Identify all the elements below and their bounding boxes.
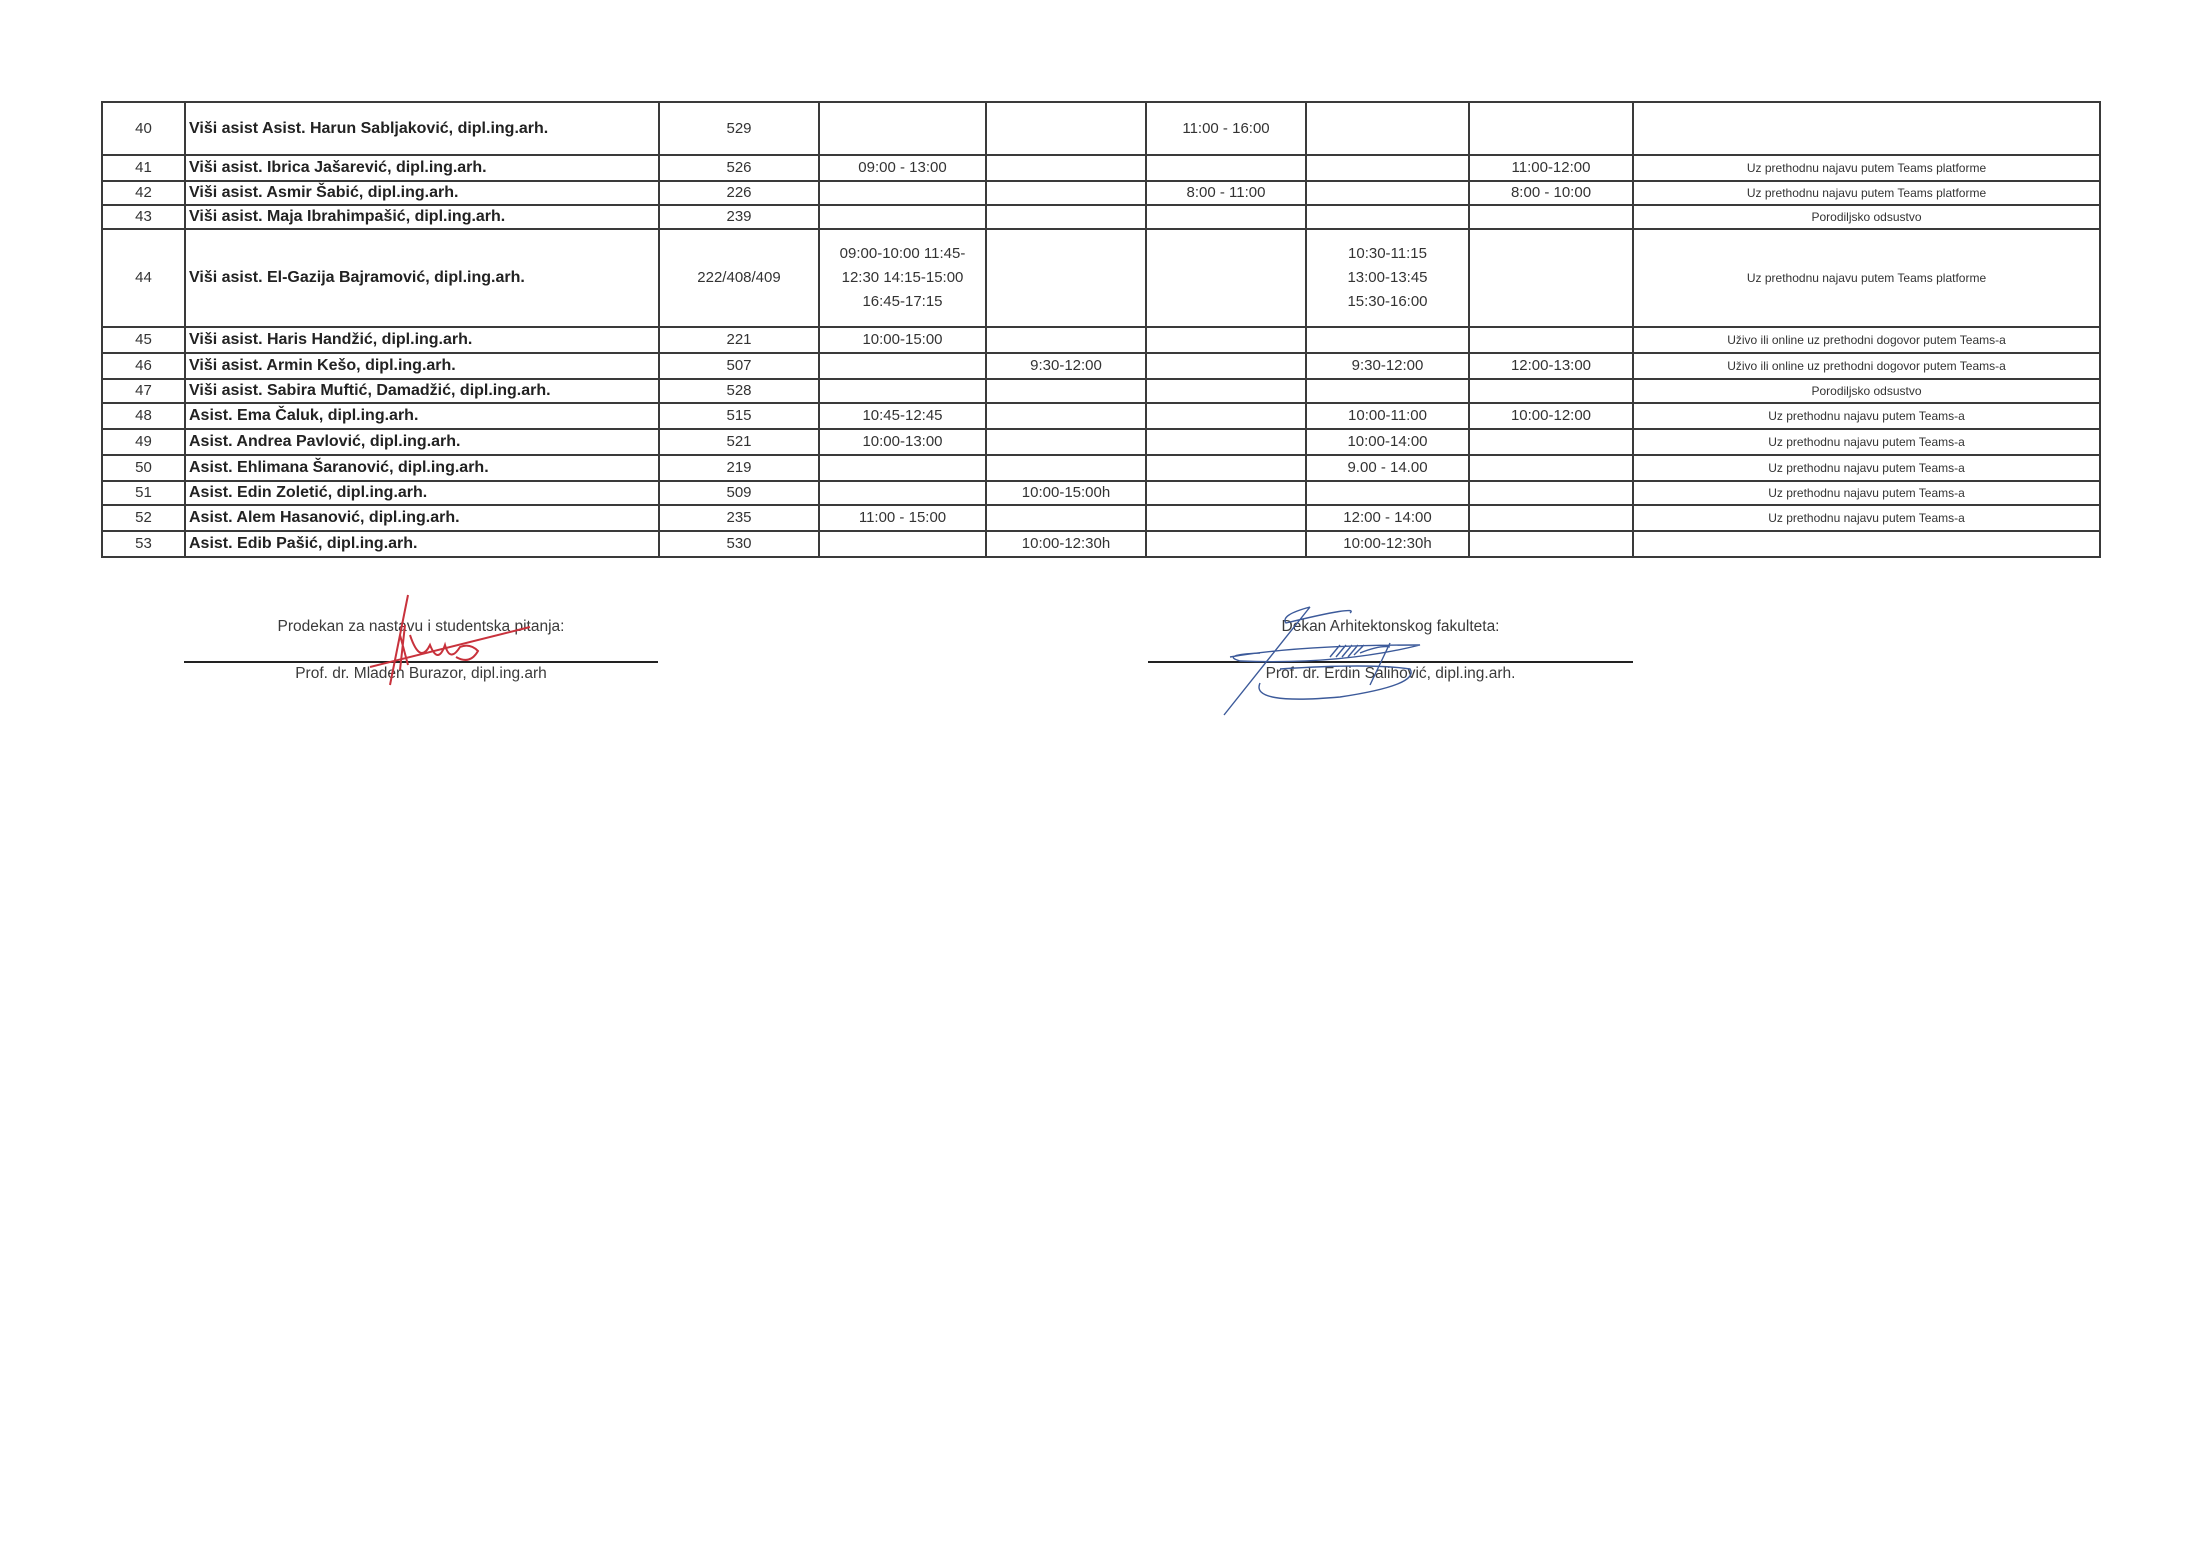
cell-note: Uz prethodnu najavu putem Teams-a <box>1633 481 2100 505</box>
cell-wed <box>1146 429 1306 455</box>
cell-fri <box>1469 379 1633 403</box>
cell-fri: 10:00-12:00 <box>1469 403 1633 429</box>
table-row: 46Viši asist. Armin Kešo, dipl.ing.arh.5… <box>102 353 2100 379</box>
cell-room: 509 <box>659 481 819 505</box>
cell-thu <box>1306 102 1469 155</box>
cell-thu <box>1306 205 1469 229</box>
table-row: 51Asist. Edin Zoletić, dipl.ing.arh.5091… <box>102 481 2100 505</box>
cell-wed <box>1146 229 1306 327</box>
cell-room: 221 <box>659 327 819 353</box>
cell-room: 528 <box>659 379 819 403</box>
cell-room: 530 <box>659 531 819 557</box>
cell-mon <box>819 531 986 557</box>
right-signature-title: Dekan Arhitektonskog fakulteta: <box>1148 618 1633 636</box>
table-row: 40Viši asist Asist. Harun Sabljaković, d… <box>102 102 2100 155</box>
left-signature-line <box>184 661 658 663</box>
cell-wed <box>1146 455 1306 481</box>
cell-mon: 09:00 - 13:00 <box>819 155 986 181</box>
cell-no: 50 <box>102 455 185 481</box>
cell-note <box>1633 102 2100 155</box>
cell-name: Asist. Edib Pašić, dipl.ing.arh. <box>185 531 659 557</box>
cell-thu: 9:30-12:00 <box>1306 353 1469 379</box>
cell-note: Porodiljsko odsustvo <box>1633 205 2100 229</box>
cell-tue <box>986 181 1146 205</box>
table-row: 41Viši asist. Ibrica Jašarević, dipl.ing… <box>102 155 2100 181</box>
right-signature-line <box>1148 661 1633 663</box>
cell-fri <box>1469 327 1633 353</box>
cell-note: Uz prethodnu najavu putem Teams platform… <box>1633 229 2100 327</box>
cell-tue <box>986 327 1146 353</box>
cell-name: Viši asist. Armin Kešo, dipl.ing.arh. <box>185 353 659 379</box>
cell-room: 222/408/409 <box>659 229 819 327</box>
cell-thu <box>1306 481 1469 505</box>
cell-thu: 10:00-14:00 <box>1306 429 1469 455</box>
cell-name: Viši asist. Haris Handžić, dipl.ing.arh. <box>185 327 659 353</box>
table-row: 44Viši asist. El-Gazija Bajramović, dipl… <box>102 229 2100 327</box>
cell-room: 507 <box>659 353 819 379</box>
table-row: 43Viši asist. Maja Ibrahimpašić, dipl.in… <box>102 205 2100 229</box>
cell-room: 239 <box>659 205 819 229</box>
cell-fri <box>1469 229 1633 327</box>
cell-fri: 12:00-13:00 <box>1469 353 1633 379</box>
cell-note: Uz prethodnu najavu putem Teams platform… <box>1633 155 2100 181</box>
table-row: 48Asist. Ema Čaluk, dipl.ing.arh.51510:4… <box>102 403 2100 429</box>
cell-mon <box>819 181 986 205</box>
cell-mon <box>819 205 986 229</box>
cell-note: Uz prethodnu najavu putem Teams-a <box>1633 429 2100 455</box>
cell-tue <box>986 379 1146 403</box>
cell-no: 49 <box>102 429 185 455</box>
cell-no: 43 <box>102 205 185 229</box>
cell-fri <box>1469 429 1633 455</box>
cell-mon <box>819 102 986 155</box>
cell-fri: 8:00 - 10:00 <box>1469 181 1633 205</box>
left-signature-name: Prof. dr. Mladen Burazor, dipl.ing.arh <box>184 665 658 683</box>
cell-thu: 9.00 - 14.00 <box>1306 455 1469 481</box>
cell-note: Uz prethodnu najavu putem Teams-a <box>1633 455 2100 481</box>
cell-tue <box>986 205 1146 229</box>
cell-wed <box>1146 379 1306 403</box>
cell-name: Viši asist. Maja Ibrahimpašić, dipl.ing.… <box>185 205 659 229</box>
cell-no: 48 <box>102 403 185 429</box>
cell-tue <box>986 155 1146 181</box>
cell-name: Viši asist. El-Gazija Bajramović, dipl.i… <box>185 229 659 327</box>
cell-no: 46 <box>102 353 185 379</box>
cell-fri: 11:00-12:00 <box>1469 155 1633 181</box>
cell-tue <box>986 455 1146 481</box>
cell-note: Uživo ili online uz prethodni dogovor pu… <box>1633 327 2100 353</box>
table-row: 50Asist. Ehlimana Šaranović, dipl.ing.ar… <box>102 455 2100 481</box>
cell-room: 529 <box>659 102 819 155</box>
cell-room: 235 <box>659 505 819 531</box>
cell-tue <box>986 429 1146 455</box>
cell-name: Asist. Alem Hasanović, dipl.ing.arh. <box>185 505 659 531</box>
cell-no: 52 <box>102 505 185 531</box>
cell-thu <box>1306 379 1469 403</box>
cell-thu: 10:30-11:15 13:00-13:45 15:30-16:00 <box>1306 229 1469 327</box>
cell-wed <box>1146 531 1306 557</box>
cell-note: Uz prethodnu najavu putem Teams-a <box>1633 505 2100 531</box>
cell-wed <box>1146 505 1306 531</box>
cell-mon: 10:00-15:00 <box>819 327 986 353</box>
cell-name: Viši asist. Sabira Muftić, Damadžić, dip… <box>185 379 659 403</box>
cell-mon <box>819 455 986 481</box>
cell-name: Viši asist. Ibrica Jašarević, dipl.ing.a… <box>185 155 659 181</box>
cell-wed: 11:00 - 16:00 <box>1146 102 1306 155</box>
cell-mon <box>819 353 986 379</box>
cell-fri <box>1469 205 1633 229</box>
cell-no: 40 <box>102 102 185 155</box>
table-row: 53Asist. Edib Pašić, dipl.ing.arh.53010:… <box>102 531 2100 557</box>
cell-note <box>1633 531 2100 557</box>
cell-no: 47 <box>102 379 185 403</box>
table-row: 49Asist. Andrea Pavlović, dipl.ing.arh.5… <box>102 429 2100 455</box>
cell-tue: 10:00-15:00h <box>986 481 1146 505</box>
cell-mon <box>819 379 986 403</box>
cell-note: Uživo ili online uz prethodni dogovor pu… <box>1633 353 2100 379</box>
cell-tue <box>986 102 1146 155</box>
cell-thu: 10:00-11:00 <box>1306 403 1469 429</box>
cell-room: 526 <box>659 155 819 181</box>
cell-wed <box>1146 481 1306 505</box>
cell-no: 45 <box>102 327 185 353</box>
cell-mon: 10:45-12:45 <box>819 403 986 429</box>
cell-fri <box>1469 505 1633 531</box>
table-row: 45Viši asist. Haris Handžić, dipl.ing.ar… <box>102 327 2100 353</box>
cell-name: Asist. Andrea Pavlović, dipl.ing.arh. <box>185 429 659 455</box>
cell-tue <box>986 403 1146 429</box>
cell-note: Uz prethodnu najavu putem Teams-a <box>1633 403 2100 429</box>
cell-room: 219 <box>659 455 819 481</box>
cell-room: 515 <box>659 403 819 429</box>
cell-wed <box>1146 205 1306 229</box>
cell-mon: 11:00 - 15:00 <box>819 505 986 531</box>
cell-wed <box>1146 327 1306 353</box>
cell-mon <box>819 481 986 505</box>
cell-thu <box>1306 181 1469 205</box>
cell-room: 521 <box>659 429 819 455</box>
table-row: 47Viši asist. Sabira Muftić, Damadžić, d… <box>102 379 2100 403</box>
cell-mon: 09:00-10:00 11:45-12:30 14:15-15:00 16:4… <box>819 229 986 327</box>
cell-tue <box>986 505 1146 531</box>
cell-thu: 12:00 - 14:00 <box>1306 505 1469 531</box>
table-row: 42Viši asist. Asmir Šabić, dipl.ing.arh.… <box>102 181 2100 205</box>
cell-thu: 10:00-12:30h <box>1306 531 1469 557</box>
cell-fri <box>1469 102 1633 155</box>
cell-tue: 10:00-12:30h <box>986 531 1146 557</box>
cell-name: Viši asist. Asmir Šabić, dipl.ing.arh. <box>185 181 659 205</box>
cell-room: 226 <box>659 181 819 205</box>
cell-wed <box>1146 155 1306 181</box>
cell-thu <box>1306 327 1469 353</box>
cell-no: 44 <box>102 229 185 327</box>
cell-wed: 8:00 - 11:00 <box>1146 181 1306 205</box>
cell-tue <box>986 229 1146 327</box>
cell-no: 53 <box>102 531 185 557</box>
right-signature-name: Prof. dr. Erdin Salihović, dipl.ing.arh. <box>1148 665 1633 683</box>
cell-wed <box>1146 403 1306 429</box>
cell-name: Asist. Ehlimana Šaranović, dipl.ing.arh. <box>185 455 659 481</box>
cell-no: 41 <box>102 155 185 181</box>
cell-thu <box>1306 155 1469 181</box>
cell-tue: 9:30-12:00 <box>986 353 1146 379</box>
cell-fri <box>1469 531 1633 557</box>
cell-note: Porodiljsko odsustvo <box>1633 379 2100 403</box>
cell-name: Asist. Edin Zoletić, dipl.ing.arh. <box>185 481 659 505</box>
cell-name: Asist. Ema Čaluk, dipl.ing.arh. <box>185 403 659 429</box>
cell-mon: 10:00-13:00 <box>819 429 986 455</box>
left-signature-title: Prodekan za nastavu i studentska pitanja… <box>184 618 658 636</box>
cell-fri <box>1469 455 1633 481</box>
cell-wed <box>1146 353 1306 379</box>
cell-note: Uz prethodnu najavu putem Teams platform… <box>1633 181 2100 205</box>
cell-no: 51 <box>102 481 185 505</box>
cell-fri <box>1469 481 1633 505</box>
consultation-schedule-table: 40Viši asist Asist. Harun Sabljaković, d… <box>101 101 2101 558</box>
table-row: 52Asist. Alem Hasanović, dipl.ing.arh.23… <box>102 505 2100 531</box>
cell-name: Viši asist Asist. Harun Sabljaković, dip… <box>185 102 659 155</box>
cell-no: 42 <box>102 181 185 205</box>
